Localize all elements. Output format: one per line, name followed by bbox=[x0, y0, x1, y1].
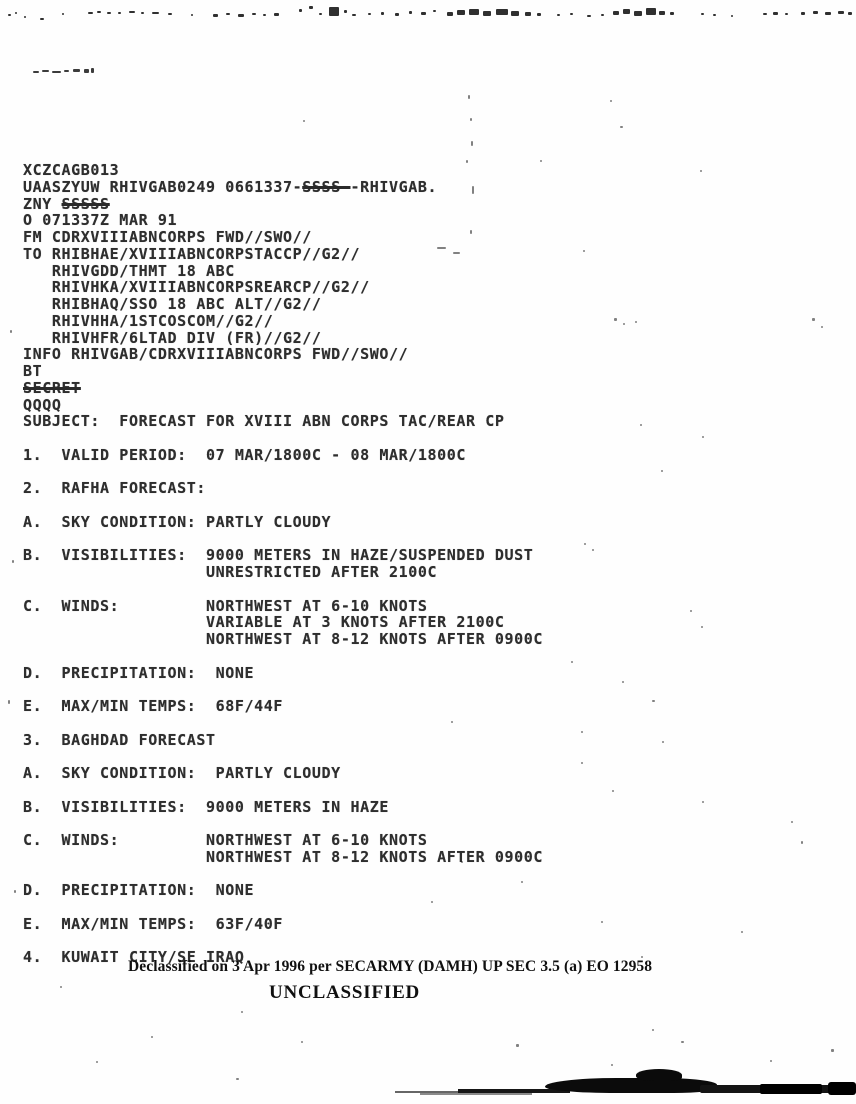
message-line: A. SKY CONDITION: PARTLY CLOUDY bbox=[23, 514, 543, 531]
noise-speck bbox=[741, 931, 743, 933]
noise-speck bbox=[301, 1041, 303, 1043]
noise-speck bbox=[557, 14, 560, 16]
noise-speck bbox=[141, 12, 144, 14]
noise-speck bbox=[623, 9, 630, 14]
noise-speck bbox=[319, 13, 322, 15]
noise-speck bbox=[848, 12, 852, 15]
noise-speck bbox=[634, 11, 642, 16]
noise-speck bbox=[641, 956, 643, 958]
noise-speck bbox=[681, 1041, 684, 1043]
message-body: XCZCAGB013UAASZYUW RHIVGAB0249 0661337-S… bbox=[23, 162, 543, 966]
noise-speck bbox=[571, 661, 573, 663]
noise-speck bbox=[540, 160, 542, 162]
noise-speck bbox=[461, 861, 463, 863]
message-line: E. MAX/MIN TEMPS: 63F/40F bbox=[23, 916, 543, 933]
noise-speck bbox=[14, 890, 16, 893]
message-line: C. WINDS: NORTHWEST AT 6-10 KNOTS bbox=[23, 832, 543, 849]
noise-speck bbox=[620, 126, 623, 128]
message-line: RHIVHKA/XVIIIABNCORPSREARCP//G2// bbox=[23, 279, 543, 296]
message-line: A. SKY CONDITION: PARTLY CLOUDY bbox=[23, 765, 543, 782]
noise-speck bbox=[151, 1036, 153, 1038]
noise-speck bbox=[299, 9, 302, 12]
message-line: 1. VALID PERIOD: 07 MAR/1800C - 08 MAR/1… bbox=[23, 447, 543, 464]
noise-speck bbox=[471, 141, 473, 146]
message-line bbox=[23, 497, 543, 514]
noise-speck bbox=[238, 14, 244, 17]
noise-speck bbox=[516, 1044, 519, 1047]
noise-speck bbox=[611, 1064, 613, 1066]
noise-speck bbox=[368, 13, 371, 15]
noise-speck bbox=[662, 741, 664, 743]
noise-speck bbox=[583, 250, 585, 252]
noise-speck bbox=[610, 100, 612, 102]
message-line bbox=[23, 899, 543, 916]
noise-speck bbox=[33, 71, 39, 73]
message-line: VARIABLE AT 3 KNOTS AFTER 2100C bbox=[23, 614, 543, 631]
noise-speck bbox=[659, 11, 665, 15]
noise-speck bbox=[652, 1029, 654, 1031]
noise-speck bbox=[483, 11, 491, 16]
message-line: O 071337Z MAR 91 bbox=[23, 212, 543, 229]
noise-speck bbox=[785, 13, 788, 15]
noise-speck bbox=[622, 681, 624, 683]
noise-speck bbox=[84, 69, 89, 73]
message-line: D. PRECIPITATION: NONE bbox=[23, 882, 543, 899]
scan-streak-segment bbox=[760, 1084, 822, 1094]
message-line bbox=[23, 681, 543, 698]
message-line: FM CDRXVIIIABNCORPS FWD//SWO// bbox=[23, 229, 543, 246]
message-line: TO RHIBHAE/XVIIIABNCORPSTACCP//G2// bbox=[23, 246, 543, 263]
noise-speck bbox=[525, 12, 531, 16]
noise-speck bbox=[451, 721, 453, 723]
noise-speck bbox=[421, 12, 426, 15]
noise-speck bbox=[613, 11, 619, 15]
noise-speck bbox=[129, 11, 135, 13]
noise-speck bbox=[623, 323, 625, 325]
noise-speck bbox=[91, 68, 94, 73]
noise-speck bbox=[274, 13, 279, 16]
noise-speck bbox=[352, 14, 356, 16]
message-line: RHIVGDD/THMT 18 ABC bbox=[23, 263, 543, 280]
message-line: RHIBHAQ/SSO 18 ABC ALT//G2// bbox=[23, 296, 543, 313]
message-line: B. VISIBILITIES: 9000 METERS IN HAZE/SUS… bbox=[23, 547, 543, 564]
message-line: QQQQ bbox=[23, 397, 543, 414]
noise-speck bbox=[537, 13, 541, 16]
message-line: SUBJECT: FORECAST FOR XVIII ABN CORPS TA… bbox=[23, 413, 543, 430]
scan-streak-blob bbox=[545, 1078, 717, 1093]
noise-speck bbox=[40, 18, 44, 20]
noise-speck bbox=[469, 9, 479, 15]
noise-speck bbox=[584, 543, 586, 545]
message-line: UNRESTRICTED AFTER 2100C bbox=[23, 564, 543, 581]
noise-speck bbox=[42, 70, 49, 72]
noise-speck bbox=[152, 12, 159, 14]
noise-speck bbox=[821, 326, 823, 328]
noise-speck bbox=[107, 12, 111, 14]
noise-speck bbox=[241, 1011, 243, 1013]
scan-streak-segment bbox=[420, 1093, 532, 1095]
noise-speck bbox=[309, 6, 313, 9]
noise-speck bbox=[838, 11, 844, 14]
noise-speck bbox=[592, 549, 594, 551]
noise-speck bbox=[88, 12, 93, 14]
message-line bbox=[23, 464, 543, 481]
noise-speck bbox=[213, 14, 218, 17]
message-line: RHIVHFR/6LTAD DIV (FR)//G2// bbox=[23, 330, 543, 347]
noise-speck bbox=[812, 318, 815, 321]
noise-speck bbox=[62, 13, 64, 15]
noise-speck bbox=[118, 12, 121, 14]
noise-speck bbox=[10, 330, 12, 333]
noise-speck bbox=[652, 700, 655, 702]
noise-speck bbox=[813, 11, 818, 14]
noise-speck bbox=[303, 120, 305, 122]
noise-speck bbox=[511, 11, 519, 16]
noise-speck bbox=[468, 95, 470, 99]
message-line: NORTHWEST AT 8-12 KNOTS AFTER 0900C bbox=[23, 849, 543, 866]
noise-speck bbox=[226, 13, 230, 15]
message-line bbox=[23, 782, 543, 799]
noise-speck bbox=[635, 321, 637, 323]
noise-speck bbox=[773, 12, 778, 15]
noise-speck bbox=[791, 821, 793, 823]
message-line: C. WINDS: NORTHWEST AT 6-10 KNOTS bbox=[23, 598, 543, 615]
noise-speck bbox=[640, 424, 642, 426]
noise-speck bbox=[344, 10, 347, 13]
noise-speck bbox=[470, 230, 472, 234]
noise-speck bbox=[64, 70, 69, 72]
noise-speck bbox=[801, 12, 805, 15]
noise-speck bbox=[713, 14, 716, 16]
message-line bbox=[23, 531, 543, 548]
noise-speck bbox=[570, 13, 573, 15]
noise-speck bbox=[168, 13, 172, 15]
noise-speck bbox=[702, 436, 704, 438]
noise-speck bbox=[263, 14, 266, 16]
message-line: NORTHWEST AT 8-12 KNOTS AFTER 0900C bbox=[23, 631, 543, 648]
noise-speck bbox=[521, 881, 523, 883]
noise-speck bbox=[8, 14, 11, 16]
noise-speck bbox=[496, 9, 508, 15]
noise-speck bbox=[701, 626, 703, 628]
message-line: INFO RHIVGAB/CDRXVIIIABNCORPS FWD//SWO// bbox=[23, 346, 543, 363]
noise-speck bbox=[670, 12, 674, 15]
message-line: XCZCAGB013 bbox=[23, 162, 543, 179]
noise-speck bbox=[801, 841, 803, 844]
message-line bbox=[23, 866, 543, 883]
noise-speck bbox=[581, 731, 583, 733]
noise-speck bbox=[24, 16, 26, 18]
scan-streak-blob bbox=[636, 1069, 682, 1081]
message-line bbox=[23, 648, 543, 665]
noise-speck bbox=[731, 15, 733, 17]
noise-speck bbox=[447, 12, 453, 16]
noise-speck bbox=[395, 13, 399, 16]
noise-speck bbox=[457, 10, 465, 15]
noise-speck bbox=[646, 8, 656, 15]
noise-speck bbox=[437, 247, 446, 249]
noise-speck bbox=[252, 13, 256, 15]
noise-speck bbox=[690, 610, 692, 612]
noise-speck bbox=[15, 12, 17, 14]
noise-speck bbox=[96, 1061, 98, 1063]
message-line: 3. BAGHDAD FORECAST bbox=[23, 732, 543, 749]
noise-speck bbox=[701, 13, 704, 15]
noise-speck bbox=[601, 921, 603, 923]
message-line: 2. RAFHA FORECAST: bbox=[23, 480, 543, 497]
noise-speck bbox=[431, 901, 433, 903]
message-line: BT bbox=[23, 363, 543, 380]
noise-speck bbox=[472, 186, 474, 194]
noise-speck bbox=[763, 13, 767, 15]
noise-speck bbox=[470, 118, 472, 121]
message-line bbox=[23, 715, 543, 732]
classification-marking: UNCLASSIFIED bbox=[269, 982, 420, 1004]
noise-speck bbox=[236, 1078, 239, 1080]
noise-speck bbox=[700, 170, 702, 172]
message-line: D. PRECIPITATION: NONE bbox=[23, 665, 543, 682]
noise-speck bbox=[702, 801, 704, 803]
noise-speck bbox=[60, 986, 62, 988]
noise-speck bbox=[453, 252, 460, 254]
declassification-stamp: Declassified on 3 Apr 1996 per SECARMY (… bbox=[128, 958, 652, 976]
noise-speck bbox=[381, 12, 384, 15]
noise-speck bbox=[601, 14, 604, 16]
noise-speck bbox=[770, 1060, 772, 1062]
noise-speck bbox=[73, 69, 80, 72]
message-line: E. MAX/MIN TEMPS: 68F/44F bbox=[23, 698, 543, 715]
message-line: RHIVHHA/1STCOSCOM//G2// bbox=[23, 313, 543, 330]
message-line bbox=[23, 815, 543, 832]
noise-speck bbox=[191, 14, 193, 16]
message-line: SECRET bbox=[23, 380, 543, 397]
noise-speck bbox=[52, 71, 61, 73]
noise-speck bbox=[12, 560, 14, 563]
message-line: UAASZYUW RHIVGAB0249 0661337-SSSS--RHIVG… bbox=[23, 179, 543, 196]
noise-speck bbox=[409, 11, 412, 14]
message-line: ZNY SSSSS bbox=[23, 196, 543, 213]
noise-speck bbox=[661, 470, 663, 472]
noise-speck bbox=[581, 762, 583, 764]
scanned-document-page: XCZCAGB013UAASZYUW RHIVGAB0249 0661337-S… bbox=[0, 0, 856, 1104]
noise-speck bbox=[612, 790, 614, 792]
noise-speck bbox=[614, 318, 617, 321]
noise-speck bbox=[825, 12, 831, 15]
message-line bbox=[23, 581, 543, 598]
noise-speck bbox=[8, 700, 10, 704]
message-line bbox=[23, 748, 543, 765]
message-line bbox=[23, 430, 543, 447]
message-line bbox=[23, 933, 543, 950]
message-line: B. VISIBILITIES: 9000 METERS IN HAZE bbox=[23, 799, 543, 816]
noise-speck bbox=[329, 7, 339, 16]
noise-speck bbox=[433, 10, 436, 12]
noise-speck bbox=[466, 160, 468, 163]
scan-streak-segment bbox=[828, 1082, 856, 1095]
noise-speck bbox=[97, 11, 101, 13]
noise-speck bbox=[587, 15, 591, 17]
noise-speck bbox=[831, 1049, 834, 1052]
